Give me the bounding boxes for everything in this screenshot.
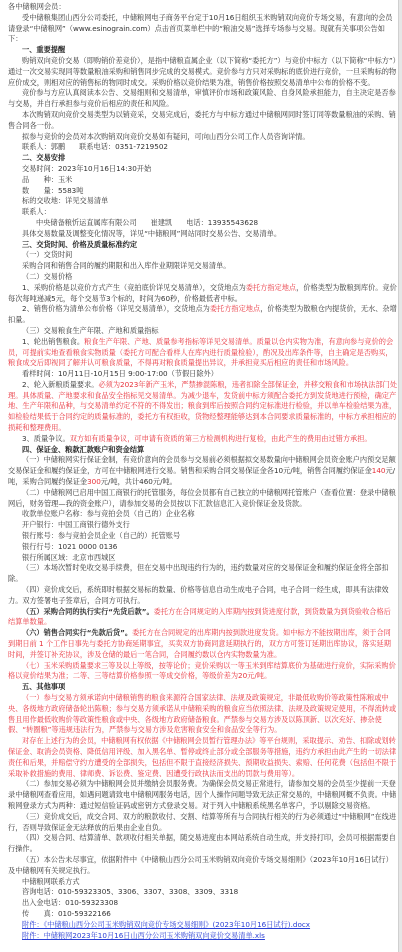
s1-paragraph-3: 本次购销双向竞价交易类型为以销竞采，交易完成后，委托方与中标方通过中储粮网同时签…: [8, 110, 398, 132]
s3-c3: 3、质量争议。双方如有质量争议，可申请有资质的第三方检测机构进行复检，由此产生的…: [8, 434, 398, 445]
section-4-heading: 四、保证金、粮款汇款账户和资金结算: [8, 445, 398, 456]
s5-b: （二）参加交易必须为中储粮网会员并缴纳会员服务费。为确保会员交易正常进行，请参加…: [8, 779, 398, 811]
s5-d: （四）交易合同、结算清单、款项收付相关单据，随交易进度由本网站系统自动生成，并支…: [8, 833, 398, 855]
s3-a-title: （一）交货时间: [8, 250, 398, 261]
c3-text: 3、质量争议。: [22, 434, 70, 443]
s1-paragraph-2: 竞价参与方应认真阅读本公告、交易细则和交易清单，审慎评价市场和政策风险、自身风险…: [8, 88, 398, 110]
section-3-heading: 三、交货时间、价格及质量标准约定: [8, 240, 398, 251]
trade-variety: 品 种：玉米: [8, 175, 398, 186]
depot-contact: 中央储备粮忻运直属库有限公司崔建凯电话：13935543628: [8, 218, 398, 229]
bank-code: 银行行号：1021 0000 0136: [8, 542, 398, 553]
depot-phone: 电话：13935543628: [186, 218, 258, 227]
c1-text: 1、轮出销售粮食。: [22, 337, 84, 346]
bank-name: 开户银行：中国工商银行德外支行: [8, 520, 398, 531]
attachment-list-link[interactable]: 附件：中储粮网2023年10月16日山西分公司玉米购销双向竞价交易清单.xls: [22, 931, 265, 940]
s4-c: （三）本场次暂时免收交易手续费，但在交易中出现违约行为的，违约数量对应的交易保证…: [8, 563, 398, 585]
s4-b: （二）中储粮网已启用中国工商银行的托管服务，每位会员都有自己独立的中储粮网托管账…: [8, 488, 398, 510]
bank-region: 银行所属区域：北京市西城区: [8, 553, 398, 564]
s3-a-text: 采购合同和销售合同的履约期限和出入库作业期限详见交易清单。: [8, 261, 398, 272]
intro-paragraph: 受中储粮集团山西分公司委托，中储粮网电子商务平台定于10月16日组织玉米购销双向…: [8, 13, 398, 45]
depot-person: 崔建凯: [151, 218, 173, 227]
s4-a-end: 元/吨，共计460元/吨。: [101, 477, 177, 486]
s3-c2: 2、轮入新粮质量要求。必须为2023年新产玉米，严禁掺混陈粮，违者扣除全部保证金…: [8, 380, 398, 434]
trade-location: 标的交收地：详见交易清单: [8, 196, 398, 207]
funds-phone: 出入金电话：010-59323308: [8, 898, 398, 909]
b2-text: 2、销售价格为清单公布价格（详见交易清单），交货地点为: [22, 304, 210, 313]
c3-highlight: 双方如有质量争议，可申请有资质的第三方检测机构进行复检，由此产生的费用由过错方承…: [70, 434, 372, 443]
vertical-scrollbar[interactable]: [398, 0, 402, 952]
s5-a: （一）参与交易方须承诺向中储粮销售的粮食来源符合国家法律、法规及政策规定，非最低…: [8, 693, 398, 736]
attachment-rules-link[interactable]: 附件：《中储粮山西分公司玉米购销双向竞价专场交易细则》(2023年10月16日试…: [22, 920, 310, 929]
greeting: 各中储粮网会员：: [8, 2, 398, 13]
depot-company: 中央储备粮忻运直属库有限公司: [36, 218, 137, 227]
announcement-document: 各中储粮网会员： 受中储粮集团山西分公司委托，中储粮网电子商务平台定于10月16…: [0, 0, 398, 941]
s3-view-time: 看样时间：10月11日-10月15日 9:00-17:00（节假日除外）: [8, 369, 398, 380]
s3-c-title: （三）交易粮食生产年限、产地和质量指标: [8, 326, 398, 337]
s4-g: （七）玉米采购质量要求三等及以上等级，按等论价；竞价采购以一等玉米到库结算底价为…: [8, 661, 398, 683]
s4-e-text: （五）采购合同的执行实行“先货后款”。: [22, 607, 154, 616]
section-5-heading: 五、其他事项: [8, 682, 398, 693]
trade-quantity: 数 量：5583吨: [8, 186, 398, 197]
footer-title: 中储粮网联系方式: [8, 877, 398, 888]
b1-highlight: 委托方指定地点: [246, 283, 296, 292]
s5-c: （三）竞价成交后，成交合同、双方的粮款收付、交割、结算等所有与合同执行相关的行为…: [8, 812, 398, 834]
account-number: 银行账号：参与竞拍会员企业（自己的）托管账号: [8, 531, 398, 542]
contact-label: 联系人：: [8, 207, 398, 218]
s1-paragraph-1: 购销双向竞价交易（即购销价差竞价），是指中储粮直属企业（以下简称“委托方”）与竞…: [8, 56, 398, 88]
section-1-heading: 一、重要提醒: [8, 45, 398, 56]
s4-a-text: （一）中储粮网实行保证金制，有竞价意向的会员参与交易前必须根据拟交易数量向中储粮…: [8, 455, 396, 475]
b1-text: 1、采购价格是以竞价方式产生（竞拍底价详见交易清单），交货地点为: [22, 283, 246, 292]
s4-f: （六）销售合同实行“先款后货”。委托方在合同规定的出库期内按到款进度发货。如中标…: [8, 628, 398, 660]
trade-time: 交易时间：2023年10月16日14:30开始: [8, 164, 398, 175]
c2-text: 2、轮入新粮质量要求。: [22, 380, 98, 389]
s4-f-text: （六）销售合同实行“先款后货”。: [22, 628, 132, 637]
section-2-heading: 二、交易安排: [8, 153, 398, 164]
s1-paragraph-4: 拟参与竞价的会员对本次购销双向竞价交易如有疑问，可向山西分公司工作人员咨询详情。: [8, 132, 398, 143]
s3-b-title: （二）交易价格: [8, 272, 398, 283]
s4-a: （一）中储粮网实行保证金制，有竞价意向的会员参与交易前必须根据拟交易数量向中储粮…: [8, 455, 398, 487]
s5-e: （五）本公告未尽事宜，依据附件中《中储粮山西分公司玉米购销双向竞价专场交易细则》…: [8, 855, 398, 877]
consult-phone: 咨询电话：010-59323305、3306、3307、3308、3309、33…: [8, 887, 398, 898]
account-name: 收款单位账户名称：参与竞拍会员（自己的）企业名称: [8, 509, 398, 520]
b2-highlight: 委托方指定地点: [210, 304, 260, 313]
s5-a2: 对存在上述行为的会员，中储粮网有权依据《中储粮网会员暂行管理办法》等平台规则，采…: [8, 736, 398, 779]
sales-deposit-value: 140: [372, 466, 386, 475]
contact-person: 联系人：郭鹏: [22, 142, 65, 151]
s3-b1: 1、采购价格是以竞价方式产生（竞拍底价详见交易清单），交货地点为委托方指定地点，…: [8, 283, 398, 305]
s4-d: （四）竞价成交后，系统即时根据交易标的数量、价格等信息自动生成电子合同，电子合同…: [8, 585, 398, 607]
purchase-deposit-value: 300: [87, 477, 101, 486]
s2-note: 具体交易数量及调整变化情况等，详见“中储粮网”网站同时交易公告、交易清单。: [8, 229, 398, 240]
s1-contact: 联系人：郭鹏联系电话：0351-7219502: [8, 142, 398, 153]
s3-c1: 1、轮出销售粮食。粮食生产年限、产地、质量参考指标等详见交易清单。质量以仓内实物…: [8, 337, 398, 369]
contact-phone: 联系电话：0351-7219502: [79, 142, 168, 151]
s4-e: （五）采购合同的执行实行“先货后款”。委托方在合同规定的入库期内按到货进度付款，…: [8, 607, 398, 629]
s3-b2: 2、销售价格为清单公布价格（详见交易清单），交货地点为委托方指定地点，价格类型为…: [8, 304, 398, 326]
fax-number: 传 真：010-59322166: [8, 909, 398, 920]
